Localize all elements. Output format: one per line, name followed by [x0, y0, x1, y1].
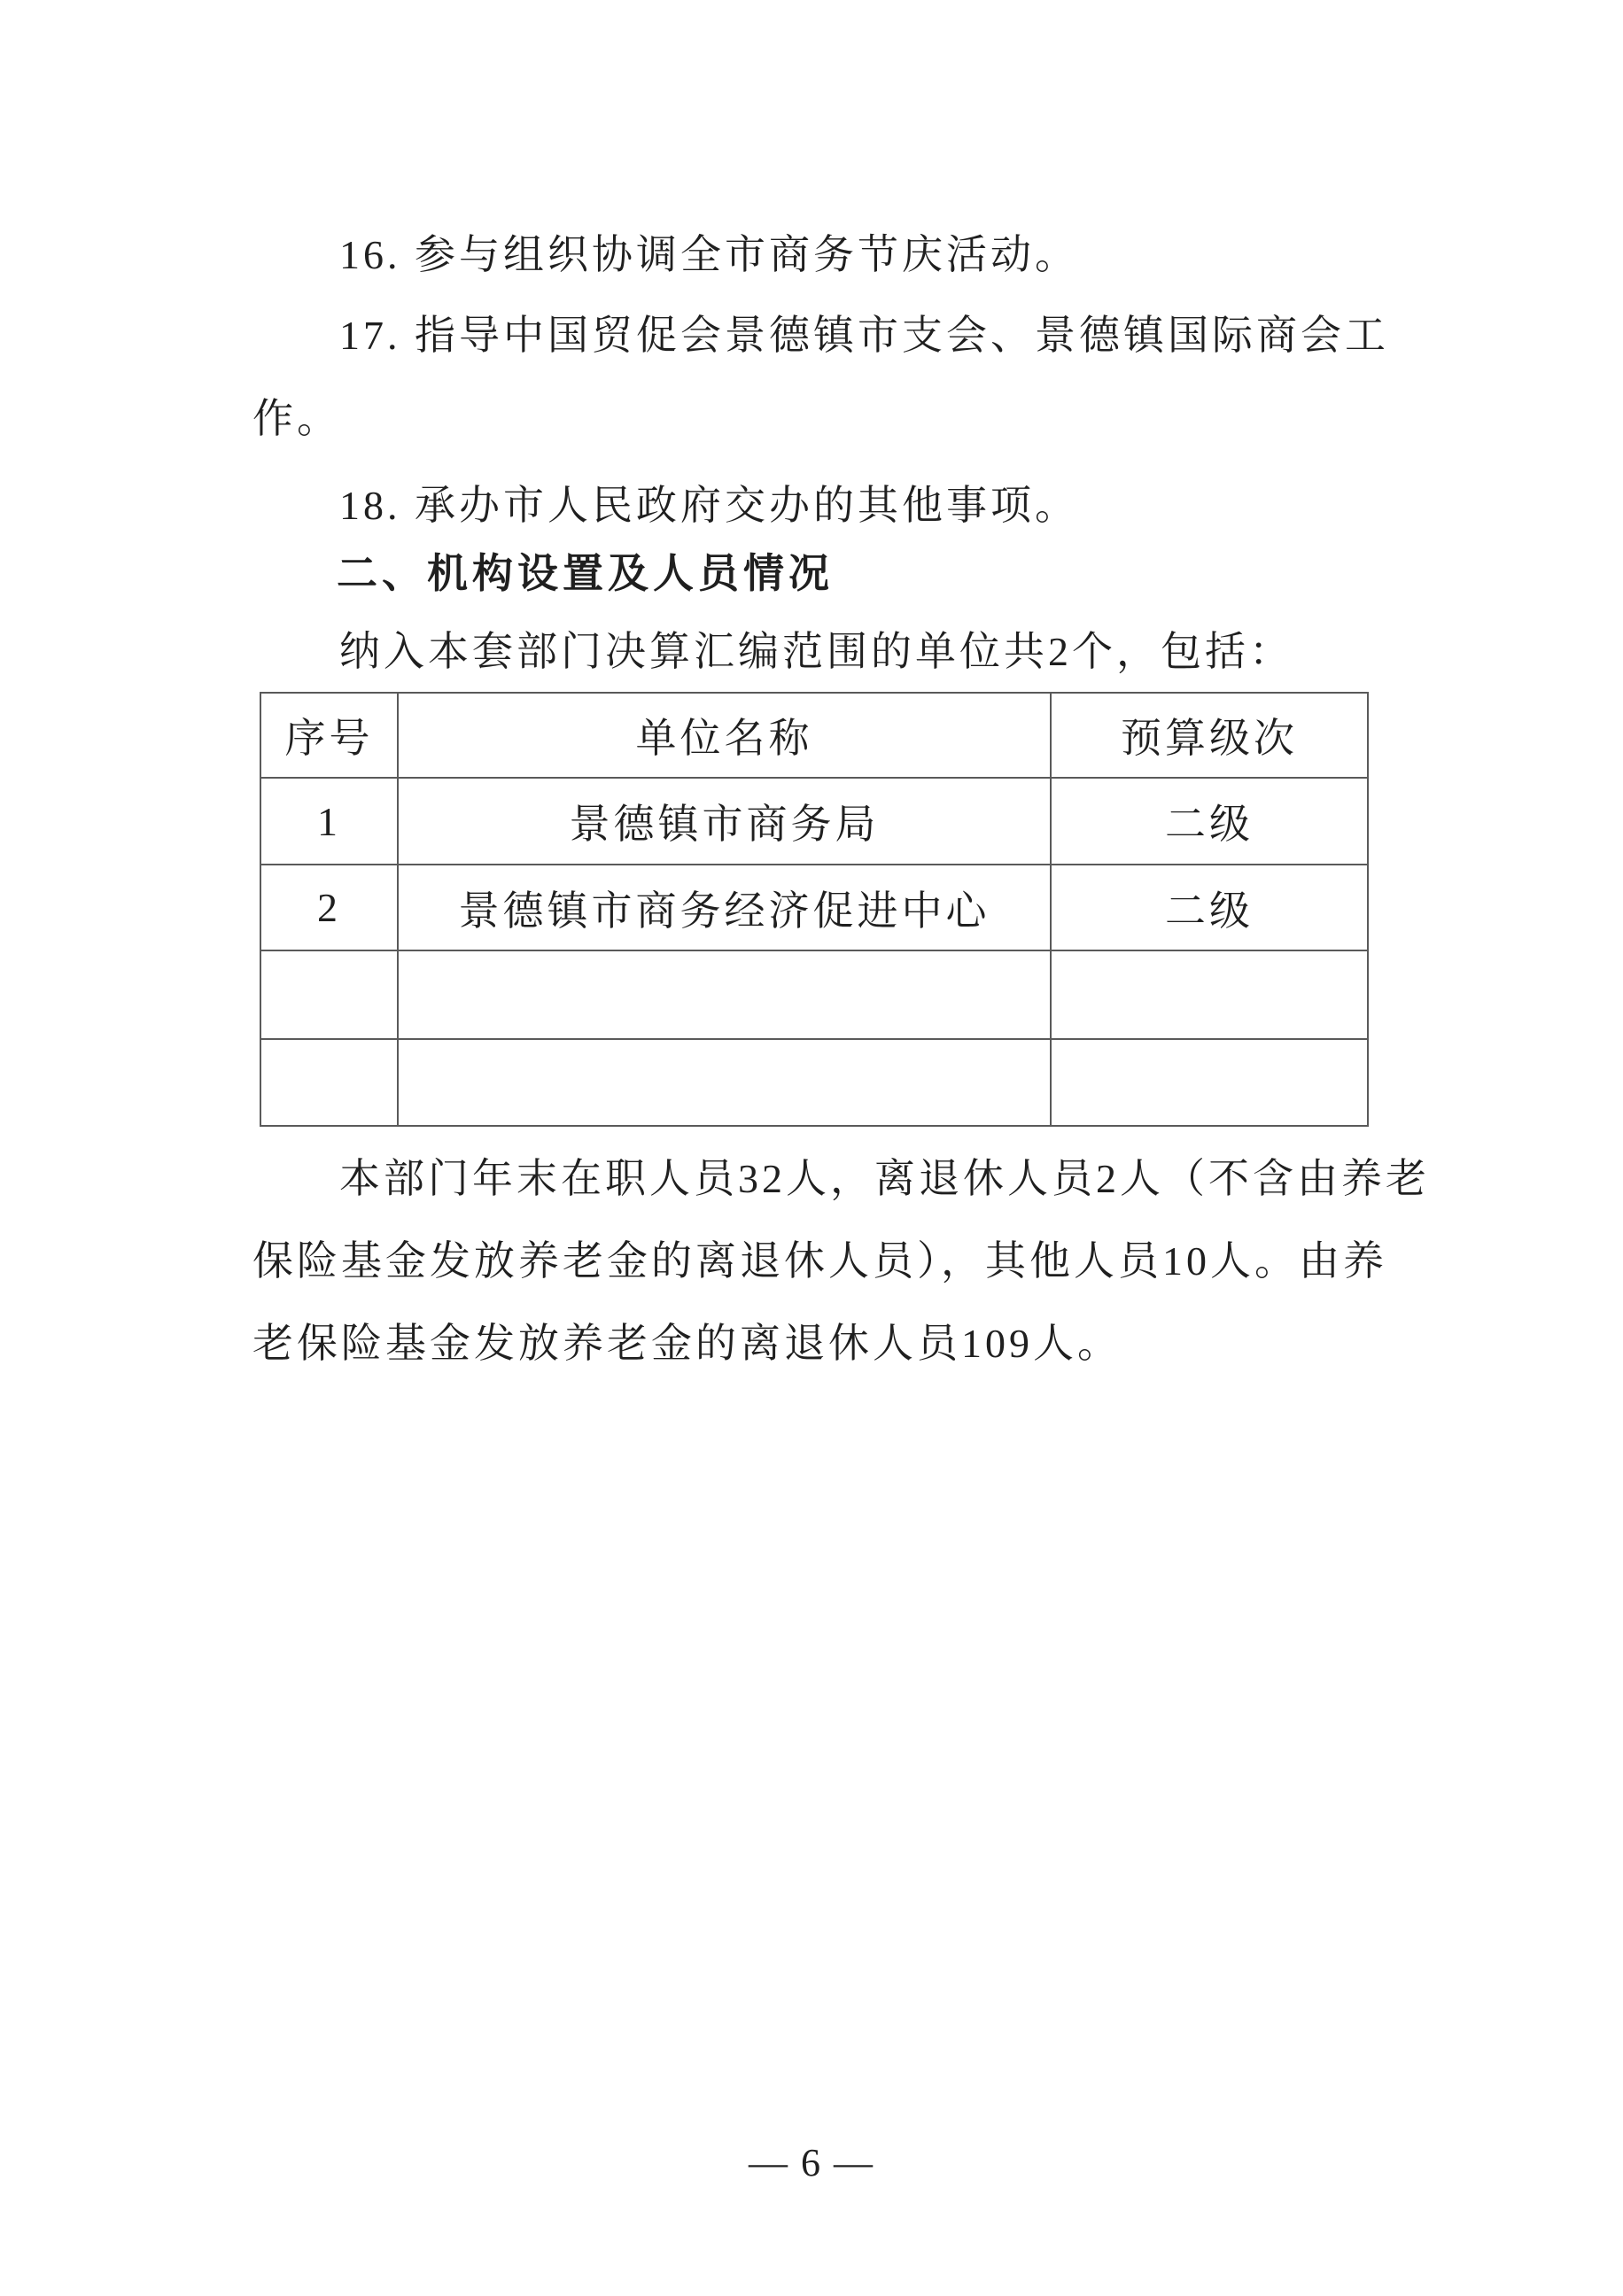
document-page: 16. 参与组织协调全市商务节庆活动。 17. 指导中国贸促会景德镇市支会、景德…: [0, 0, 1623, 2296]
table-header-unit-name: 单位名称: [398, 693, 1051, 778]
table-cell-unit-name: [398, 950, 1051, 1039]
table-cell-budget-level: [1051, 950, 1368, 1039]
table-cell-index: 1: [260, 778, 398, 865]
section-heading: 二、机构设置及人员情况: [337, 550, 834, 597]
unit-table: 序号 单位名称 预算级次 1 景德镇市商务局 二级 2 景德镇市商务经济促进中心…: [260, 692, 1369, 1127]
table-header-index: 序号: [260, 693, 398, 778]
table-row: 2 景德镇市商务经济促进中心 二级: [260, 865, 1368, 950]
table-row: 1 景德镇市商务局 二级: [260, 778, 1368, 865]
list-item-17-line2: 作。: [252, 396, 341, 443]
table-cell-index: 2: [260, 865, 398, 950]
table-cell-unit-name: 景德镇市商务经济促进中心: [398, 865, 1051, 950]
list-item-18: 18. 承办市人民政府交办的其他事项。: [339, 483, 1079, 530]
list-item-16: 16. 参与组织协调全市商务节庆活动。: [339, 232, 1079, 279]
page-number: — 6 —: [0, 2140, 1623, 2185]
table-cell-budget-level: 二级: [1051, 778, 1368, 865]
table-row-empty: [260, 1039, 1368, 1126]
table-cell-budget-level: [1051, 1039, 1368, 1126]
table-cell-unit-name: 景德镇市商务局: [398, 778, 1051, 865]
intro-paragraph-line: 纳入本套部门决算汇编范围的单位共2个，包括：: [339, 629, 1293, 676]
table-header-row: 序号 单位名称 预算级次: [260, 693, 1368, 778]
list-item-17-line1: 17. 指导中国贸促会景德镇市支会、景德镇国际商会工: [339, 313, 1389, 360]
table-cell-budget-level: 二级: [1051, 865, 1368, 950]
summary-paragraph-line-1: 本部门年末在职人员32人，离退休人员2人（不含由养老: [339, 1156, 1430, 1203]
table-row-empty: [260, 950, 1368, 1039]
summary-paragraph-line-2: 保险基金发放养老金的离退休人员），其他人员10人。由养: [252, 1238, 1387, 1285]
table-cell-unit-name: [398, 1039, 1051, 1126]
table-cell-index: [260, 1039, 398, 1126]
summary-paragraph-line-3: 老保险基金发放养老金的离退休人员109人。: [252, 1321, 1122, 1368]
table-header-budget-level: 预算级次: [1051, 693, 1368, 778]
table-cell-index: [260, 950, 398, 1039]
